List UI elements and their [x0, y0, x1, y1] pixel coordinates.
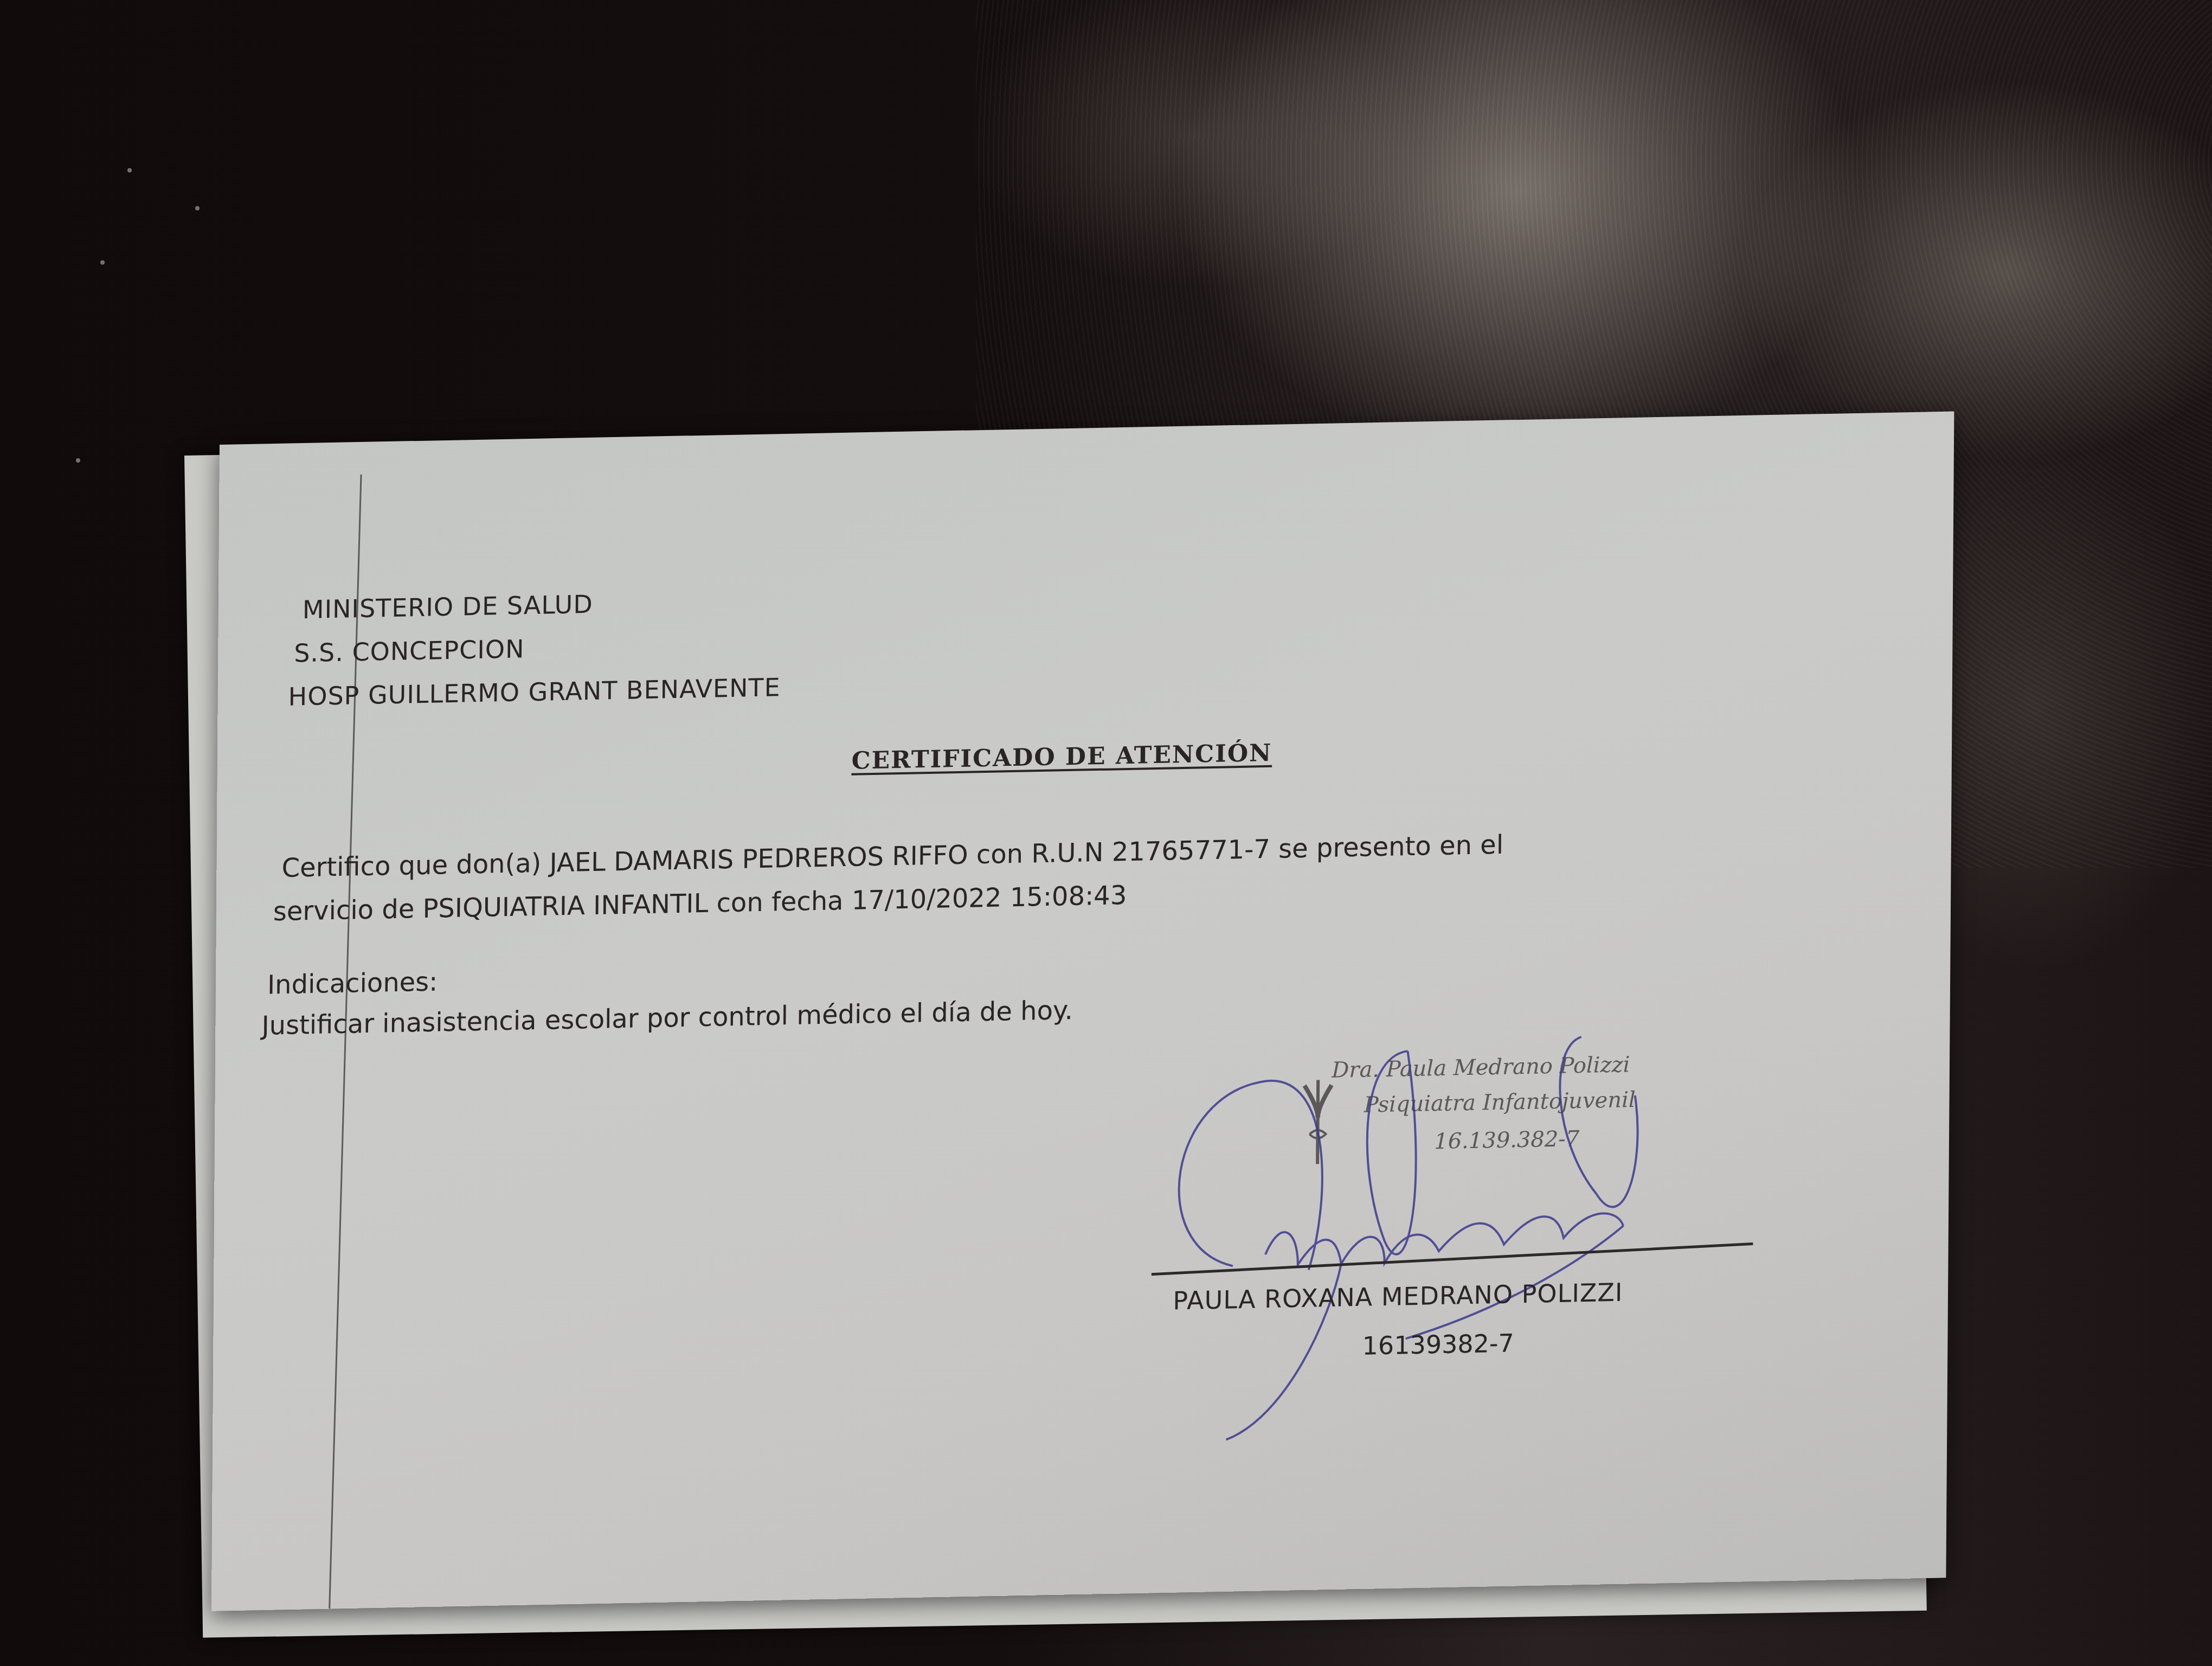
- certification-text-line-1: Certifico que don(a) JAEL DAMARIS PEDRER…: [281, 830, 1503, 883]
- header-hospital: HOSP GUILLERMO GRANT BENAVENTE: [288, 672, 781, 711]
- indications-text: Justificar inasistencia escolar por cont…: [261, 995, 1073, 1041]
- certificate-sheet: MINISTERIO DE SALUD S.S. CONCEPCION HOSP…: [211, 412, 1954, 1611]
- signer-run: 16139382-7: [1362, 1328, 1514, 1360]
- handwritten-signature: [1102, 1028, 1755, 1447]
- dust-speck: [76, 458, 80, 463]
- dust-speck: [195, 206, 200, 210]
- indications-label: Indicaciones:: [267, 966, 438, 1000]
- document-title: CERTIFICADO DE ATENCIÓN: [851, 739, 1272, 775]
- header-ministry: MINISTERIO DE SALUD: [303, 589, 593, 624]
- signature-block: Dra. Paula Medrano Polizzi Psiquiatra In…: [1102, 1028, 1755, 1447]
- dust-speck: [127, 168, 132, 172]
- certification-text-line-2: servicio de PSIQUIATRIA INFANTIL con fec…: [273, 880, 1127, 927]
- dust-speck: [100, 260, 105, 265]
- header-health-service: S.S. CONCEPCION: [294, 634, 525, 668]
- photo-background: MINISTERIO DE SALUD S.S. CONCEPCION HOSP…: [0, 0, 2212, 1666]
